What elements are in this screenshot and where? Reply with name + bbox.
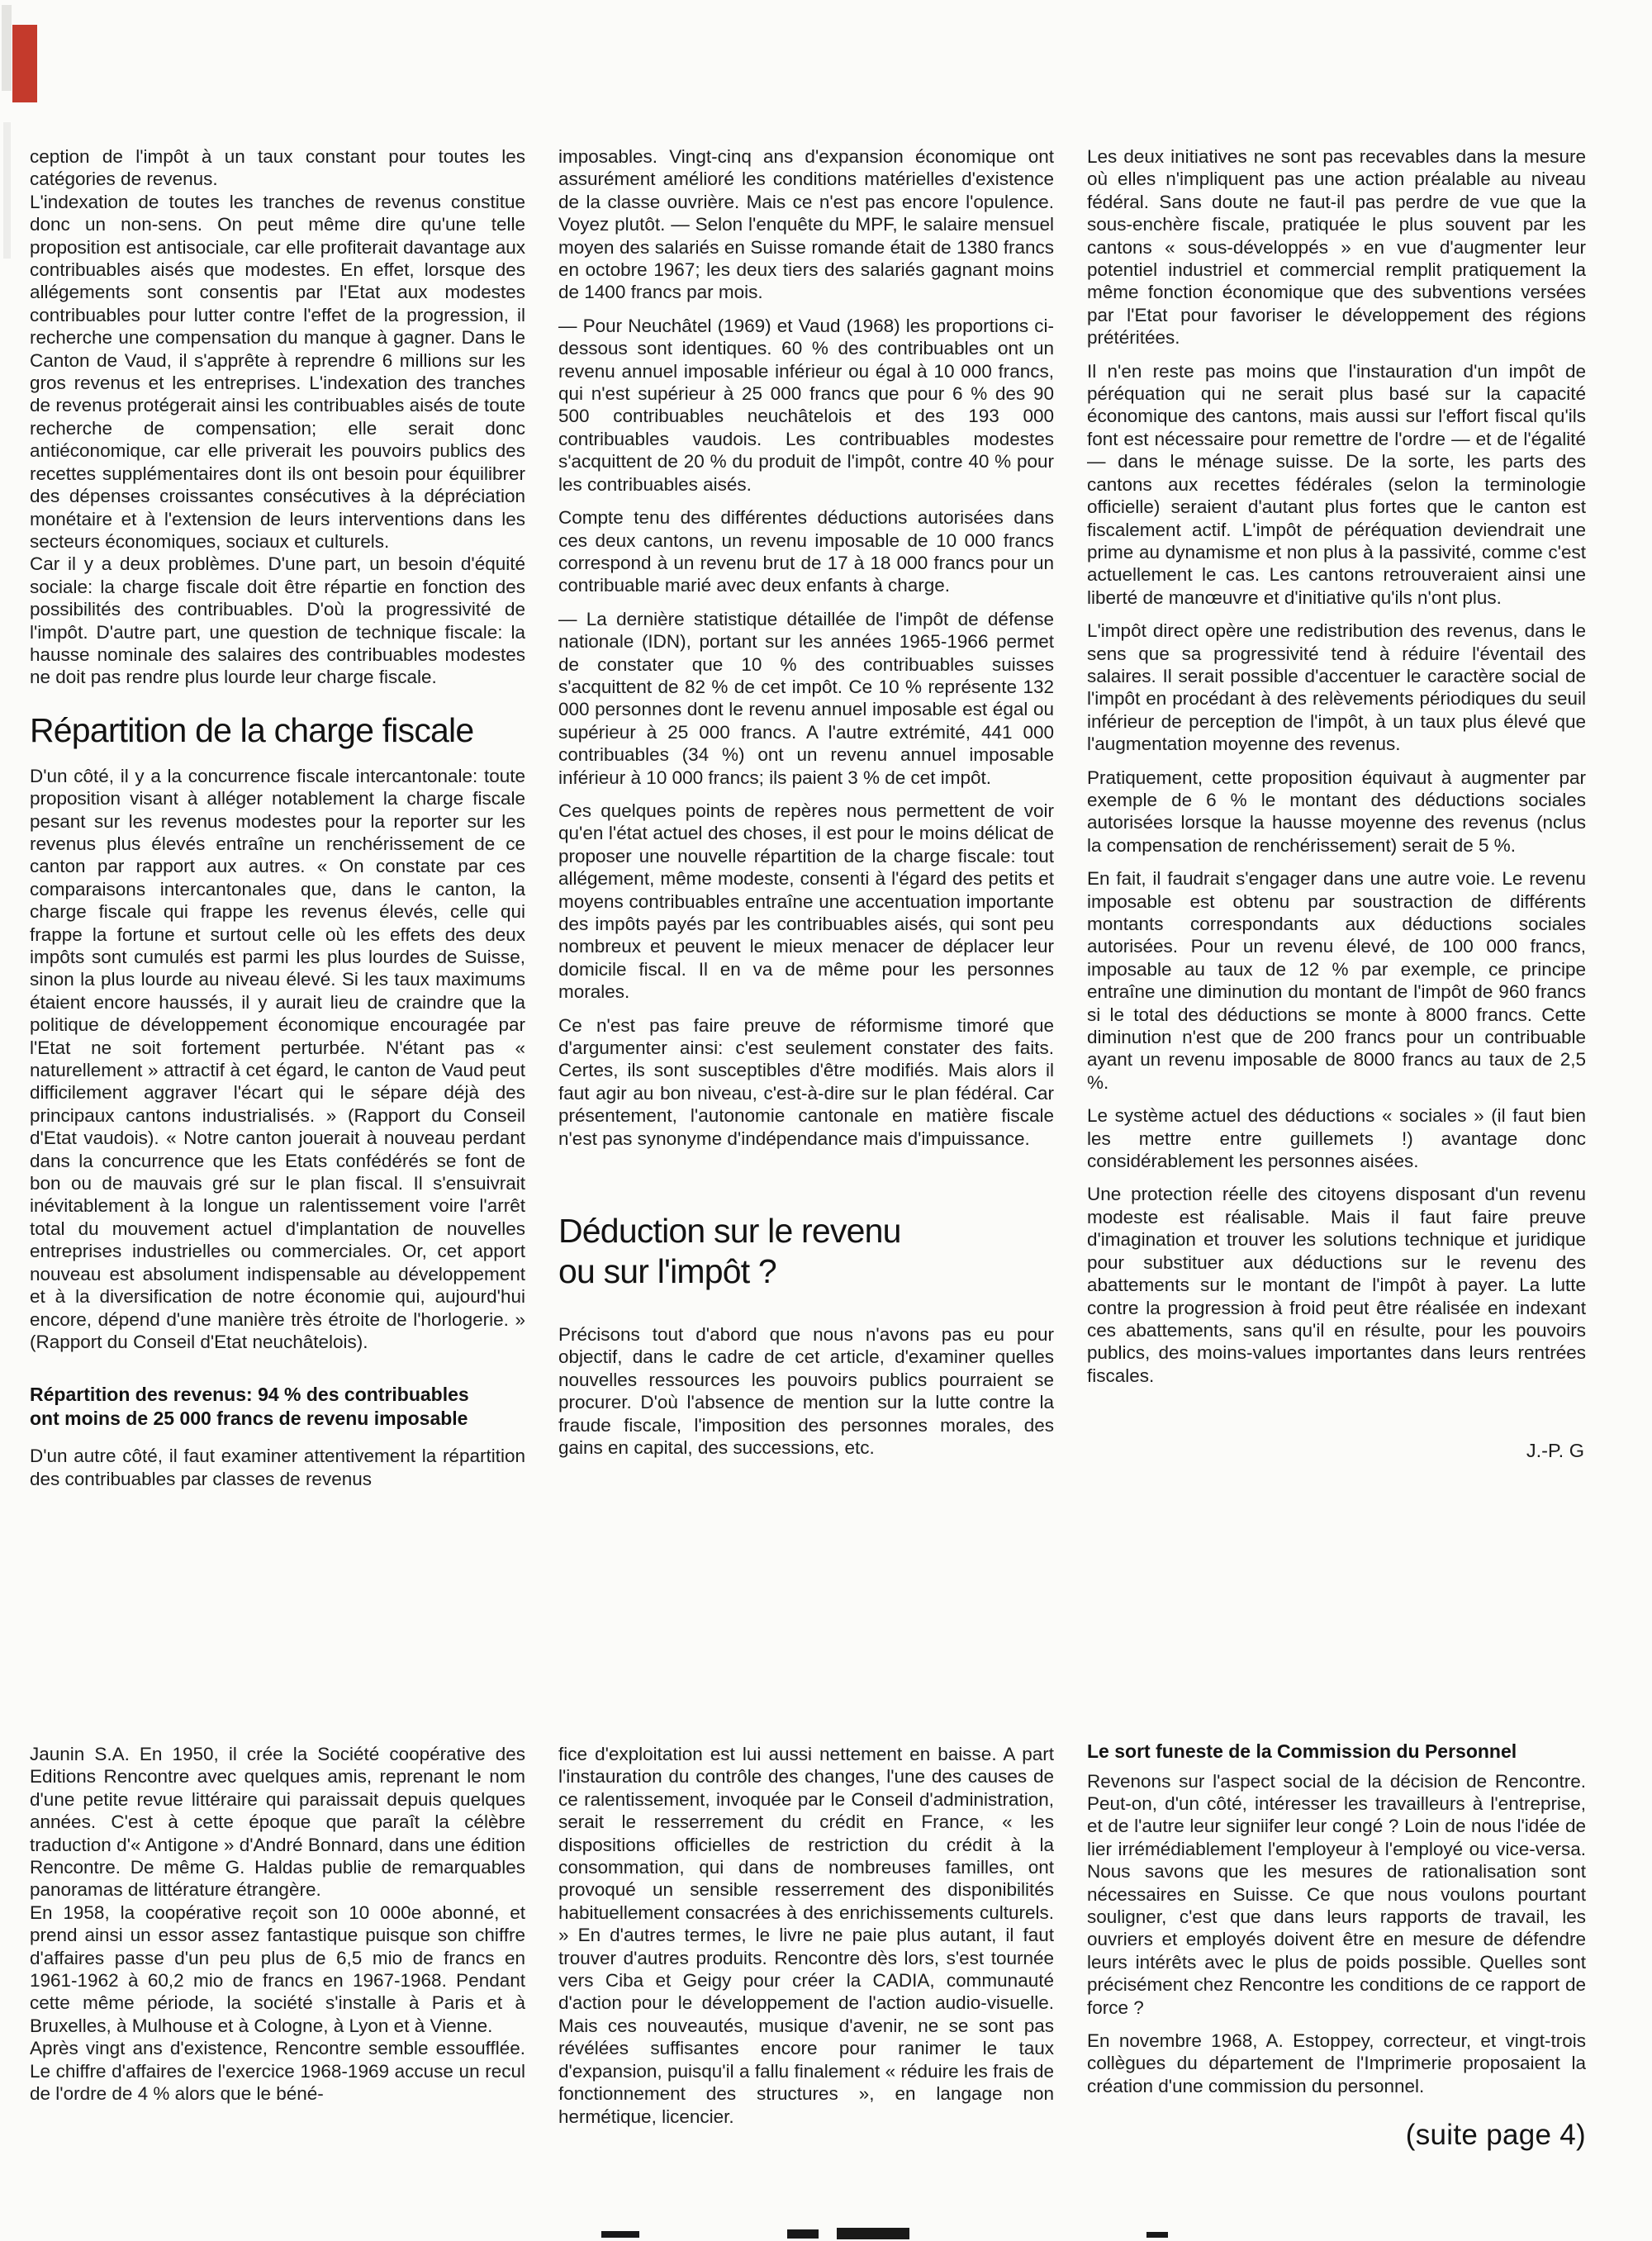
paragraph: Une protection réelle des citoyens dispo… (1087, 1183, 1586, 1387)
bold-subhead-repartition-revenus: Répartition des revenus: 94 % des contri… (30, 1383, 525, 1430)
paragraph: — Pour Neuchâtel (1969) et Vaud (1968) l… (558, 315, 1054, 496)
scan-smudge (3, 122, 11, 259)
paragraph: En fait, il faudrait s'engager dans une … (1087, 867, 1586, 1094)
fiscal-article-column-3: Les deux initiatives ne sont pas recevab… (1087, 145, 1586, 1462)
paragraph: Précisons tout d'abord que nous n'avons … (558, 1323, 1054, 1459)
paragraph: Ces quelques points de repères nous perm… (558, 800, 1054, 1004)
print-edge-mark (1146, 2232, 1168, 2238)
paragraph: D'un côté, il y a la concurrence fiscale… (30, 765, 525, 1354)
rencontre-article-column-1: Jaunin S.A. En 1950, il crée la Société … (30, 1743, 525, 2106)
paragraph: En novembre 1968, A. Estoppey, correcteu… (1087, 2030, 1586, 2097)
paragraph: En 1958, la coopérative reçoit son 10 00… (30, 1902, 525, 2037)
paragraph: L'indexation de toutes les tranches de r… (30, 191, 525, 553)
scan-smudge (2, 5, 12, 91)
bold-subhead-commission-personnel: Le sort funeste de la Commission du Pers… (1087, 1740, 1586, 1764)
rencontre-article-column-2: fice d'exploitation est lui aussi nettem… (558, 1743, 1054, 2128)
paragraph: Revenons sur l'aspect social de la décis… (1087, 1770, 1586, 2019)
fiscal-article-column-2: imposables. Vingt-cinq ans d'expansion é… (558, 145, 1054, 1460)
author-signature: J.-P. G (1087, 1440, 1584, 1462)
paragraph: Compte tenu des différentes déductions a… (558, 506, 1054, 597)
rencontre-article-column-3: Le sort funeste de la Commission du Pers… (1087, 1740, 1586, 2152)
section-heading-deduction: Déduction sur le revenu ou sur l'impôt ? (558, 1211, 1054, 1292)
paragraph: Car il y a deux problèmes. D'une part, u… (30, 553, 525, 688)
paragraph: Les deux initiatives ne sont pas recevab… (1087, 145, 1586, 349)
scanned-newspaper-page: { "artifacts": { "red_mark_color": "#c43… (0, 0, 1652, 2241)
print-edge-mark (837, 2228, 909, 2239)
paragraph: Jaunin S.A. En 1950, il crée la Société … (30, 1743, 525, 1902)
section-heading-repartition: Répartition de la charge fiscale (30, 710, 525, 751)
paragraph: Après vingt ans d'existence, Rencontre s… (30, 2037, 525, 2105)
paragraph: fice d'exploitation est lui aussi nettem… (558, 1743, 1054, 2128)
paragraph: Le système actuel des déductions « socia… (1087, 1104, 1586, 1172)
continuation-note: (suite page 4) (1087, 2119, 1586, 2152)
paragraph: Il n'en reste pas moins que l'instaurati… (1087, 360, 1586, 609)
red-registration-mark (12, 25, 37, 102)
paragraph: imposables. Vingt-cinq ans d'expansion é… (558, 145, 1054, 304)
paragraph: D'un autre côté, il faut examiner attent… (30, 1445, 525, 1490)
print-edge-mark (601, 2231, 639, 2238)
fiscal-article-column-1: ception de l'impôt à un taux constant po… (30, 145, 525, 1490)
print-edge-mark (787, 2229, 819, 2239)
paragraph: — La dernière statistique détaillée de l… (558, 608, 1054, 789)
paragraph: L'impôt direct opère une redistribution … (1087, 620, 1586, 755)
paragraph: ception de l'impôt à un taux constant po… (30, 145, 525, 191)
paragraph: Ce n'est pas faire preuve de réformisme … (558, 1014, 1054, 1150)
paragraph: Pratiquement, cette proposition équivaut… (1087, 767, 1586, 857)
